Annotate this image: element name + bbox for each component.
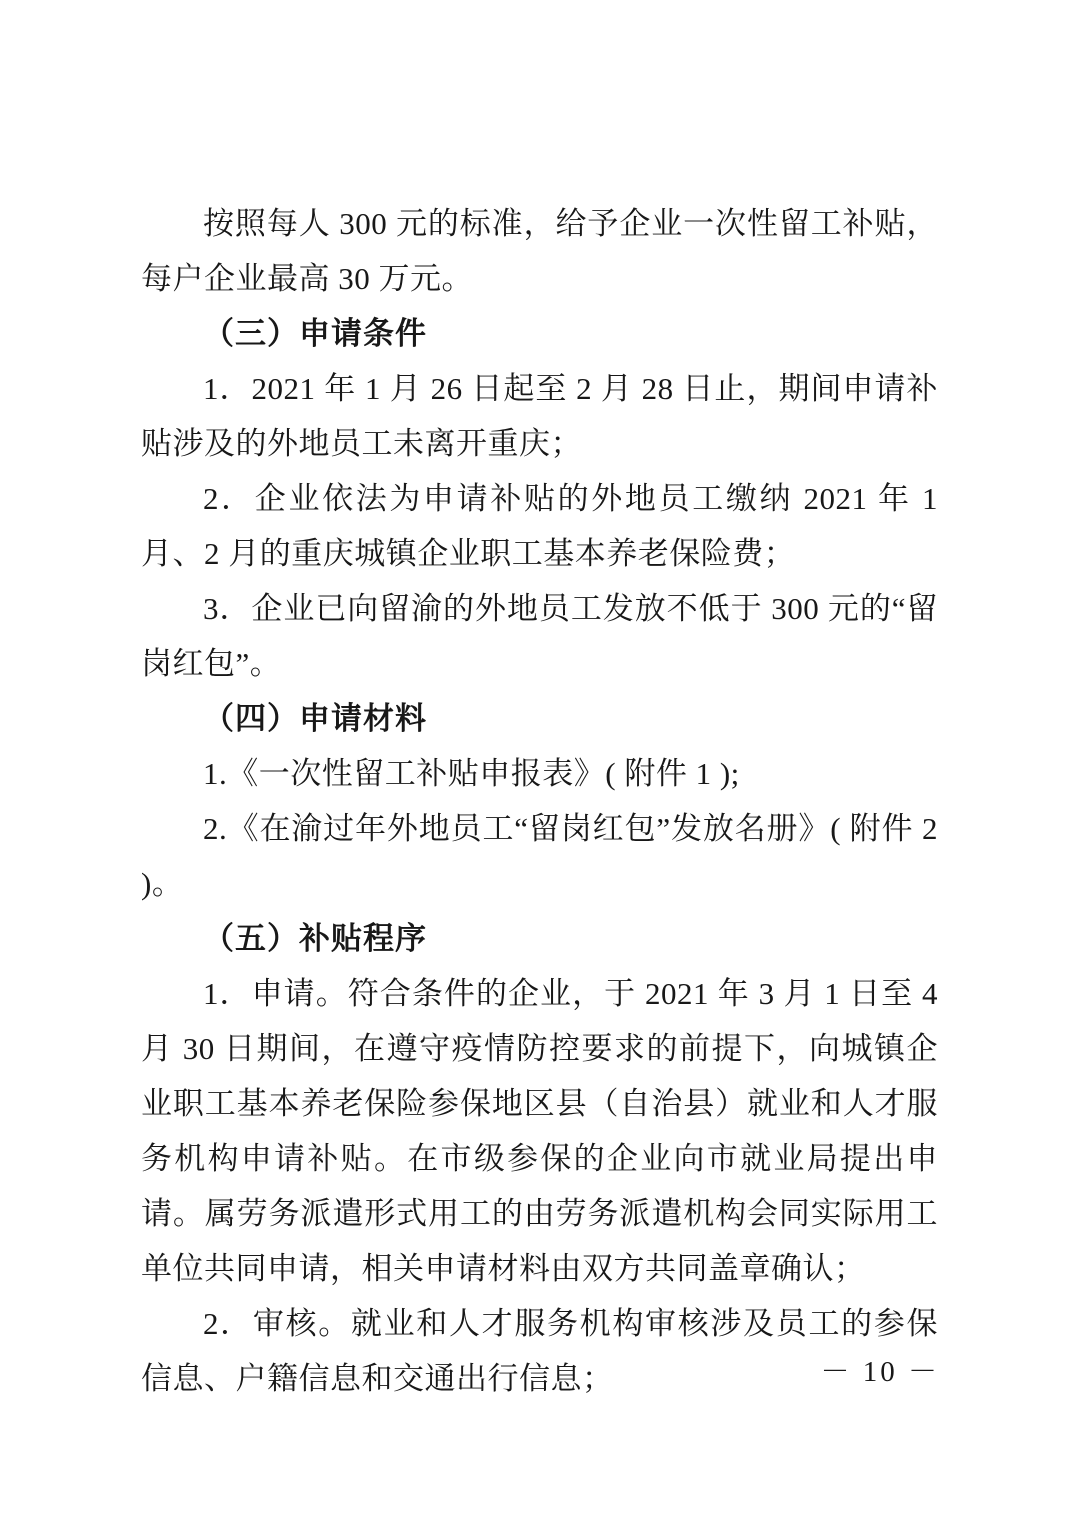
section-heading: （五）补贴程序 [141,911,938,966]
paragraph: 1.《一次性留工补贴申报表》( 附件 1 ); [141,746,938,801]
document-page: 按照每人 300 元的标准，给予企业一次性留工补贴，每户企业最高 30 万元。（… [0,0,1074,1520]
page-number: － 10 － [820,1352,940,1392]
paragraph: 1．2021 年 1 月 26 日起至 2 月 28 日止，期间申请补贴涉及的外… [141,361,938,471]
document-body: 按照每人 300 元的标准，给予企业一次性留工补贴，每户企业最高 30 万元。（… [141,196,938,1406]
paragraph: 按照每人 300 元的标准，给予企业一次性留工补贴，每户企业最高 30 万元。 [141,196,938,306]
section-heading: （四）申请材料 [141,691,938,746]
section-heading: （三）申请条件 [141,306,938,361]
paragraph: 2．企业依法为申请补贴的外地员工缴纳 2021 年 1 月、2 月的重庆城镇企业… [141,471,938,581]
paragraph: 2.《在渝过年外地员工“留岗红包”发放名册》( 附件 2 )。 [141,801,938,911]
paragraph: 1．申请。符合条件的企业，于 2021 年 3 月 1 日至 4 月 30 日期… [141,966,938,1296]
paragraph: 2．审核。就业和人才服务机构审核涉及员工的参保信息、户籍信息和交通出行信息； [141,1296,938,1406]
paragraph: 3．企业已向留渝的外地员工发放不低于 300 元的“留岗红包”。 [141,581,938,691]
